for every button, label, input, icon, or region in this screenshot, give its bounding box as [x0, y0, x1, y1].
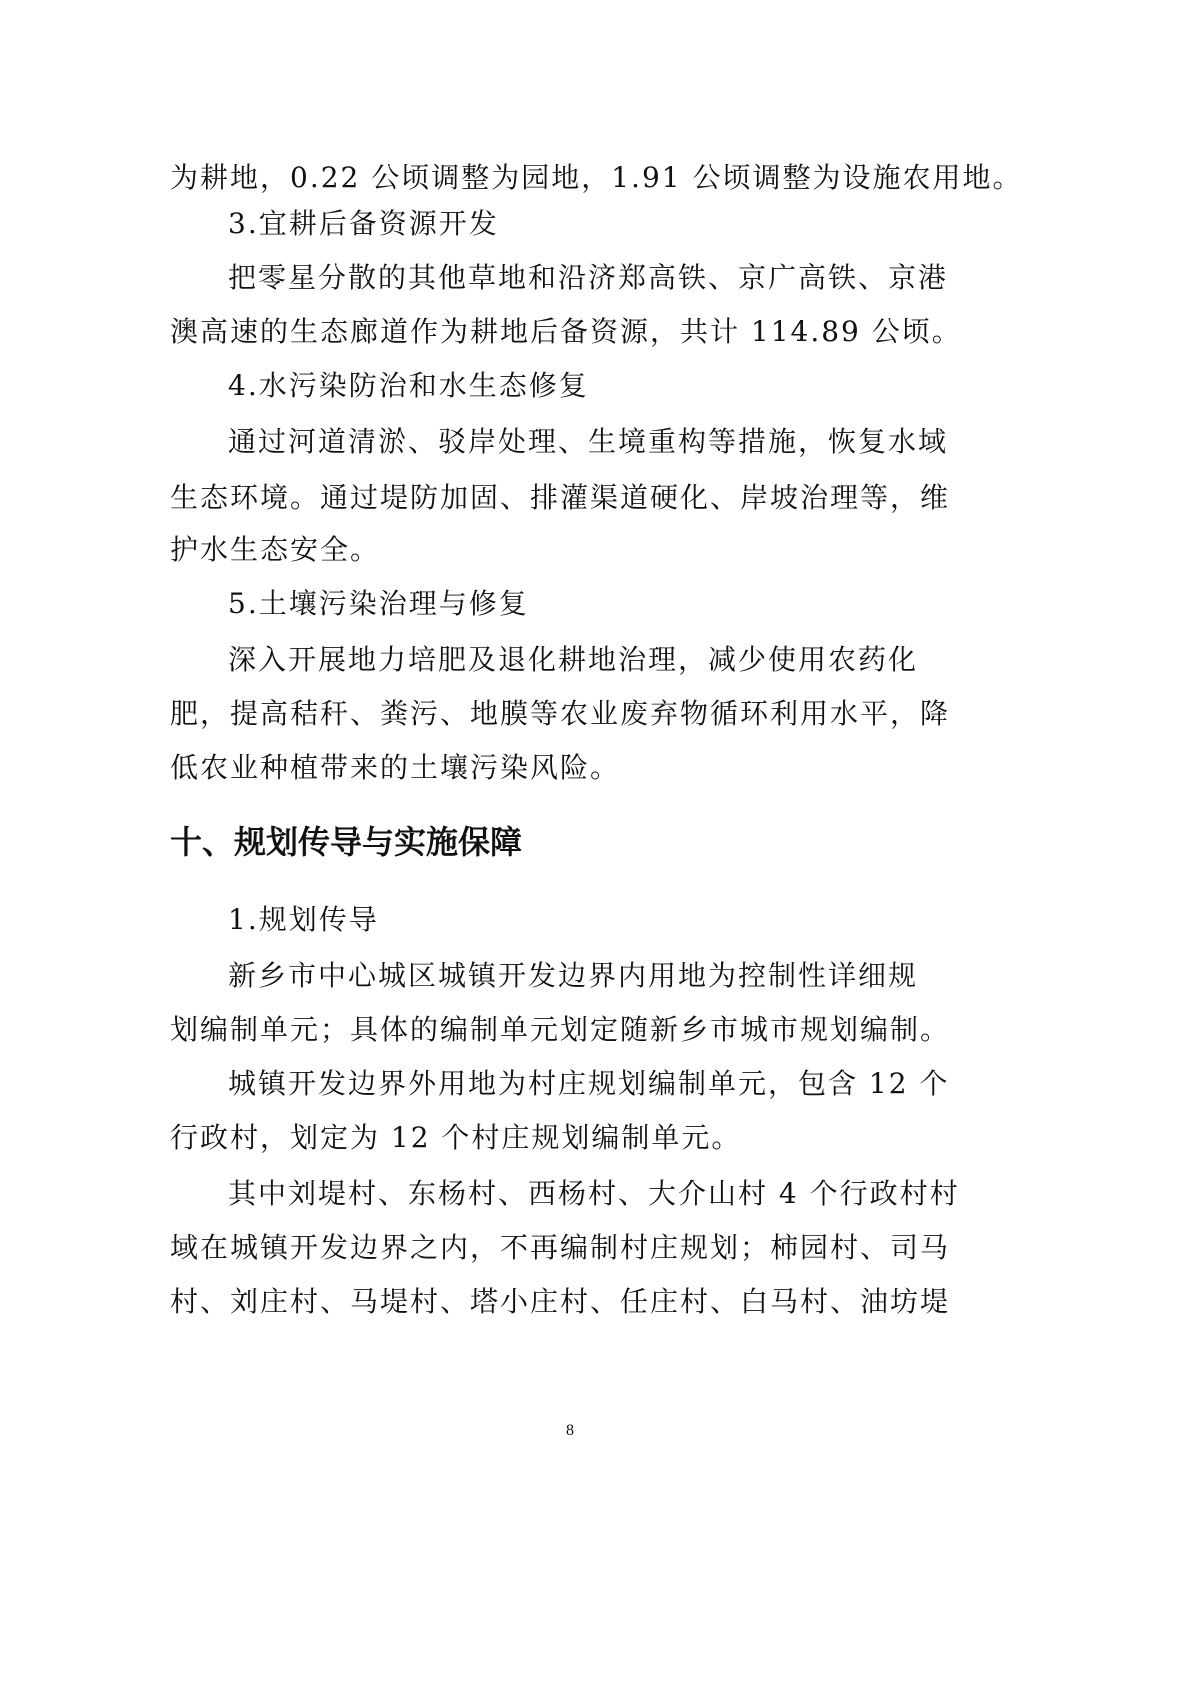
- paragraph-line: 新乡市中心城区城镇开发边界内用地为控制性详细规: [228, 956, 1008, 996]
- paragraph-line: 深入开展地力培肥及退化耕地治理，减少使用农药化: [228, 640, 1008, 680]
- paragraph-line: 村、刘庄村、马堤村、塔小庄村、任庄村、白马村、油坊堤: [170, 1282, 950, 1322]
- paragraph-line: 通过河道清淤、驳岸处理、生境重构等措施，恢复水域: [228, 422, 1008, 462]
- subsection-title: 3.宜耕后备资源开发: [228, 204, 1008, 244]
- paragraph-line: 域在城镇开发边界之内，不再编制村庄规划；柿园村、司马: [170, 1228, 950, 1268]
- paragraph-line: 低农业种植带来的土壤污染风险。: [170, 748, 950, 788]
- paragraph-line: 肥，提高秸秆、粪污、地膜等农业废弃物循环利用水平，降: [170, 694, 950, 734]
- paragraph-line: 生态环境。通过堤防加固、排灌渠道硬化、岸坡治理等，维: [170, 478, 950, 518]
- paragraph-line: 为耕地，0.22 公顷调整为园地，1.91 公顷调整为设施农用地。: [170, 158, 950, 198]
- subsection-title: 1.规划传导: [228, 900, 1008, 940]
- page-number: 8: [0, 1422, 1140, 1440]
- paragraph-line: 划编制单元；具体的编制单元划定随新乡市城市规划编制。: [170, 1010, 950, 1050]
- paragraph-line: 澳高速的生态廊道作为耕地后备资源，共计 114.89 公顷。: [170, 312, 950, 352]
- section-heading: 十、规划传导与实施保障: [170, 820, 522, 864]
- paragraph-line: 城镇开发边界外用地为村庄规划编制单元，包含 12 个: [228, 1064, 1008, 1104]
- paragraph-line: 其中刘堤村、东杨村、西杨村、大介山村 4 个行政村村: [228, 1174, 1008, 1214]
- paragraph-line: 把零星分散的其他草地和沿济郑高铁、京广高铁、京港: [228, 258, 1008, 298]
- subsection-title: 4.水污染防治和水生态修复: [228, 366, 1008, 406]
- subsection-title: 5.土壤污染治理与修复: [228, 584, 1008, 624]
- paragraph-line: 护水生态安全。: [170, 530, 950, 570]
- paragraph-line: 行政村，划定为 12 个村庄规划编制单元。: [170, 1118, 950, 1158]
